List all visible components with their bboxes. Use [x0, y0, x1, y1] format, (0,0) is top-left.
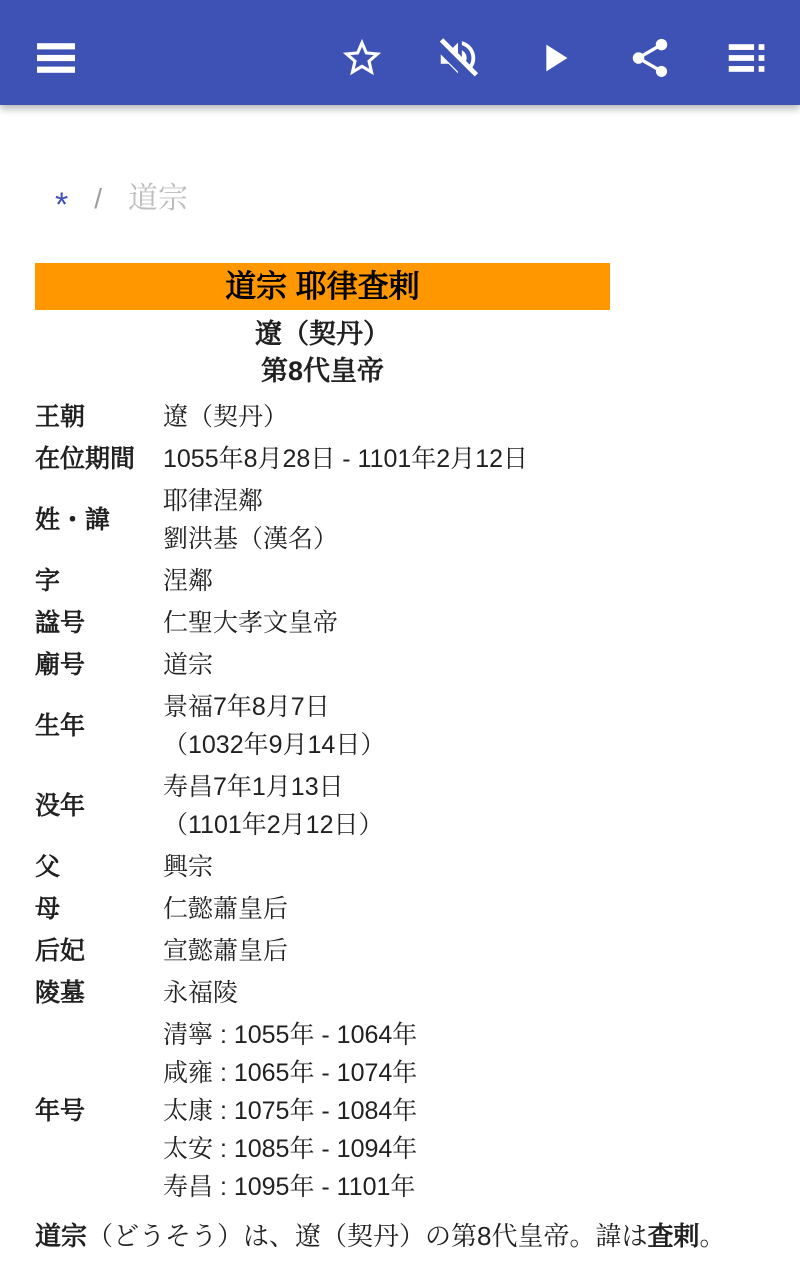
row-label: 廟号 — [35, 646, 163, 684]
table-row: 母 仁懿蕭皇后 — [35, 888, 610, 930]
row-value: 仁聖大孝文皇帝 — [163, 604, 610, 642]
table-row: 后妃 宣懿蕭皇后 — [35, 930, 610, 972]
table-row: 姓・諱 耶律涅鄰 劉洪基（漢名） — [35, 480, 610, 560]
table-row: 生年 景福7年8月7日 （1032年9月14日） — [35, 686, 610, 766]
infobox: 道宗 耶律査剌 遼（契丹） 第8代皇帝 王朝 遼（契丹） 在位期間 1055年8… — [35, 263, 610, 1208]
breadcrumb-separator: / — [94, 181, 102, 217]
row-label: 字 — [35, 562, 163, 600]
row-value: 1055年8月28日 - 1101年2月12日 — [163, 440, 610, 478]
infobox-title: 道宗 耶律査剌 — [35, 263, 610, 310]
menu-button[interactable] — [32, 34, 80, 82]
row-value: 宣懿蕭皇后 — [163, 932, 610, 970]
row-label: 生年 — [35, 707, 163, 745]
infobox-ordinal: 第8代皇帝 — [35, 353, 610, 390]
infobox-rows: 王朝 遼（契丹） 在位期間 1055年8月28日 - 1101年2月12日 姓・… — [35, 396, 610, 1208]
lead-text: （どうそう）は、遼（契丹）の第8代皇帝。諱は — [87, 1221, 647, 1251]
row-label: 后妃 — [35, 932, 163, 970]
menu-icon — [32, 34, 80, 82]
lead-tail: 。 — [700, 1221, 726, 1251]
table-row: 没年 寿昌7年1月13日 （1101年2月12日） — [35, 766, 610, 846]
breadcrumb-root-link[interactable]: * — [55, 187, 68, 223]
row-label: 年号 — [35, 1092, 163, 1130]
table-row: 廟号 道宗 — [35, 644, 610, 686]
lead-imina: 査剌 — [647, 1221, 699, 1251]
table-row: 陵墓 永福陵 — [35, 972, 610, 1014]
row-value: 興宗 — [163, 848, 610, 886]
row-value: 耶律涅鄰 劉洪基（漢名） — [163, 482, 610, 558]
row-value: 仁懿蕭皇后 — [163, 890, 610, 928]
app-bar — [0, 0, 800, 105]
table-row: 在位期間 1055年8月28日 - 1101年2月12日 — [35, 438, 610, 480]
lead-paragraph: 道宗（どうそう）は、遼（契丹）の第8代皇帝。諱は査剌。 — [35, 1217, 775, 1255]
infobox-dynasty: 遼（契丹） — [35, 316, 610, 353]
play-icon — [531, 35, 577, 81]
row-value: 遼（契丹） — [163, 398, 610, 436]
breadcrumb-current-page[interactable]: 道宗 — [128, 181, 188, 217]
row-value: 清寧 : 1055年 - 1064年 咸雍 : 1065年 - 1074年 太康… — [163, 1016, 610, 1206]
row-label: 王朝 — [35, 398, 163, 436]
favorite-button[interactable] — [338, 34, 386, 82]
table-row: 諡号 仁聖大孝文皇帝 — [35, 602, 610, 644]
share-icon — [627, 35, 673, 81]
lead-subject: 道宗 — [35, 1221, 87, 1251]
table-row: 王朝 遼（契丹） — [35, 396, 610, 438]
table-row: 父 興宗 — [35, 846, 610, 888]
contents-button[interactable] — [722, 34, 770, 82]
row-label: 父 — [35, 848, 163, 886]
row-label: 姓・諱 — [35, 501, 163, 539]
row-label: 在位期間 — [35, 440, 163, 478]
mute-button[interactable] — [434, 34, 482, 82]
volume-off-icon — [435, 35, 481, 81]
table-row: 字 涅鄰 — [35, 560, 610, 602]
row-value: 景福7年8月7日 （1032年9月14日） — [163, 688, 610, 764]
row-value: 涅鄰 — [163, 562, 610, 600]
table-row: 年号 清寧 : 1055年 - 1064年 咸雍 : 1065年 - 1074年… — [35, 1014, 610, 1208]
row-value: 道宗 — [163, 646, 610, 684]
row-value: 寿昌7年1月13日 （1101年2月12日） — [163, 768, 610, 844]
share-button[interactable] — [626, 34, 674, 82]
row-label: 陵墓 — [35, 974, 163, 1012]
play-button[interactable] — [530, 34, 578, 82]
breadcrumb: * / 道宗 — [55, 181, 800, 217]
row-label: 諡号 — [35, 604, 163, 642]
row-label: 没年 — [35, 787, 163, 825]
toc-icon — [723, 35, 769, 81]
row-label: 母 — [35, 890, 163, 928]
star-outline-icon — [339, 35, 385, 81]
row-value: 永福陵 — [163, 974, 610, 1012]
